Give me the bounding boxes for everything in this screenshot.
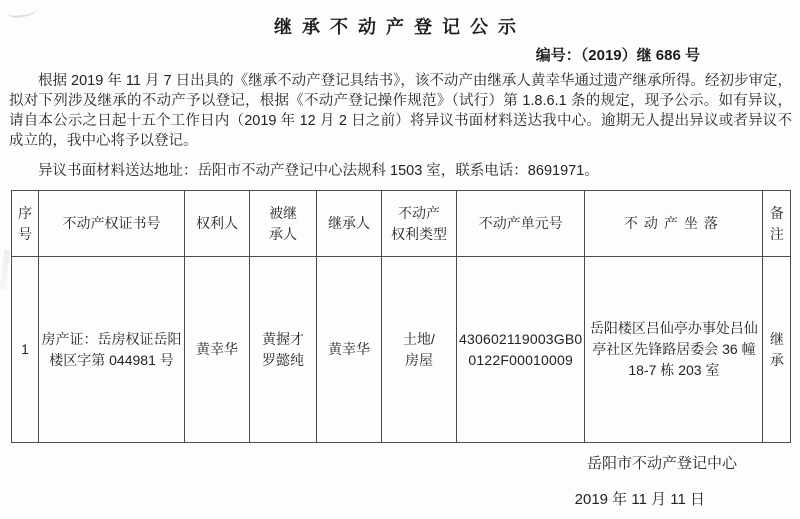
header-seq: 序 号 [12, 191, 39, 257]
page-title: 继承不动产登记公示 [0, 0, 800, 39]
footer-date: 2019 年 11 月 11 日 [0, 488, 800, 509]
cell-decedent: 黄握才 罗懿纯 [250, 257, 317, 443]
cell-remark: 继 承 [763, 257, 791, 443]
footer-organization: 岳阳市不动产登记中心 [0, 452, 800, 473]
doc-number: 编号：（2019）继 686 号 [0, 44, 800, 65]
table-row: 1 房产证：岳房权证岳阳楼区字第 044981 号 黄幸华 黄握才 罗懿纯 黄幸… [12, 257, 791, 443]
address-paragraph: 异议书面材料送达地址：岳阳市不动产登记中心法规科 1503 室，联系电话：869… [9, 161, 792, 181]
header-decedent: 被继 承人 [250, 191, 317, 257]
cell-right-type: 土地/ 房屋 [382, 257, 457, 443]
header-right-holder: 权利人 [185, 191, 250, 257]
cell-unit-no: 430602119003GB0 0122F00010009 [457, 257, 585, 443]
scan-edge-artifact [0, 250, 10, 290]
header-right-type: 不动产 权利类型 [382, 191, 457, 257]
header-remark: 备 注 [763, 191, 791, 257]
cell-cert-no: 房产证：岳房权证岳阳楼区字第 044981 号 [39, 257, 185, 443]
cell-location: 岳阳楼区吕仙亭办事处吕仙亭社区先锋路居委会 36 幢 18-7 栋 203 室 [585, 257, 763, 443]
cell-right-holder: 黄幸华 [185, 257, 250, 443]
notice-paragraph: 根据 2019 年 11 月 7 日出具的《继承不动产登记具结书》，该不动产由继… [9, 71, 792, 151]
header-heir: 继承人 [317, 191, 382, 257]
table-header-row: 序 号 不动产权证书号 权利人 被继 承人 继承人 不动产 权利类型 不动产单元… [12, 191, 791, 257]
cell-seq: 1 [12, 257, 39, 443]
notice-document: 继承不动产登记公示 编号：（2019）继 686 号 根据 2019 年 11 … [0, 0, 800, 519]
registration-table: 序 号 不动产权证书号 权利人 被继 承人 继承人 不动产 权利类型 不动产单元… [11, 190, 791, 443]
header-cert-no: 不动产权证书号 [39, 191, 185, 257]
cell-heir: 黄幸华 [317, 257, 382, 443]
header-location: 不动产坐落 [585, 191, 763, 257]
header-unit-no: 不动产单元号 [457, 191, 585, 257]
